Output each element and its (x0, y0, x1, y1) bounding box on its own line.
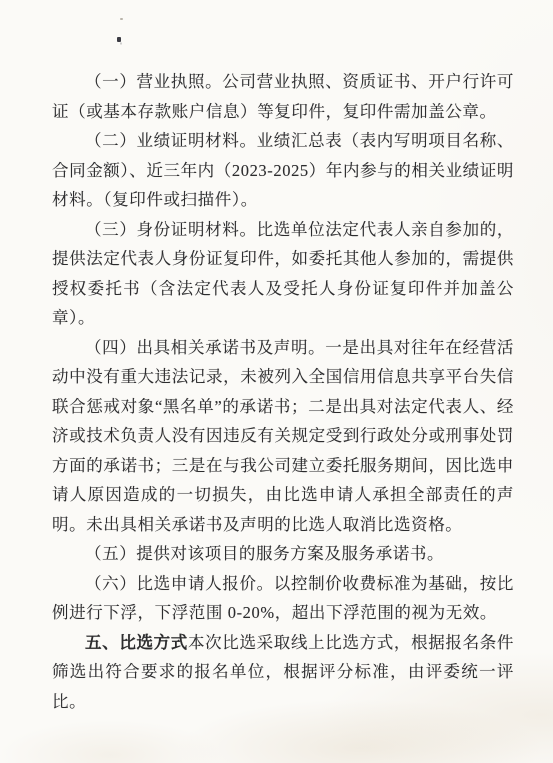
paragraph-item-5: （五）提供对该项目的服务方案及服务承诺书。 (52, 539, 514, 569)
scanned-document-page: （一）营业执照。公司营业执照、资质证书、开户行许可证（或基本存款账户信息）等复印… (0, 0, 553, 763)
paragraph-item-6: （六）比选申请人报价。以控制价收费标准为基础，按比例进行下浮，下浮范围 0-20… (52, 569, 514, 628)
paragraph-item-2: （二）业绩证明材料。业绩汇总表（表内写明项目名称、合同金额）、近三年内（2023… (52, 126, 514, 215)
paragraph-item-3: （三）身份证明材料。比选单位法定代表人亲自参加的，提供法定代表人身份证复印件，如… (52, 215, 514, 333)
paragraph-item-1: （一）营业执照。公司营业执照、资质证书、开户行许可证（或基本存款账户信息）等复印… (52, 67, 514, 126)
paragraph-section-5: 五、比选方式本次比选采取线上比选方式，根据报名条件筛选出符合要求的报名单位，根据… (52, 628, 514, 717)
section-5-heading: 五、比选方式 (85, 633, 188, 652)
scan-artifact-speck-dark (117, 37, 121, 42)
paragraph-item-4: （四）出具相关承诺书及声明。一是出具对往年在经营活动中没有重大违法记录，未被列入… (52, 333, 514, 540)
scan-artifact-speck-faint (120, 18, 123, 20)
document-body: （一）营业执照。公司营业执照、资质证书、开户行许可证（或基本存款账户信息）等复印… (52, 67, 514, 716)
